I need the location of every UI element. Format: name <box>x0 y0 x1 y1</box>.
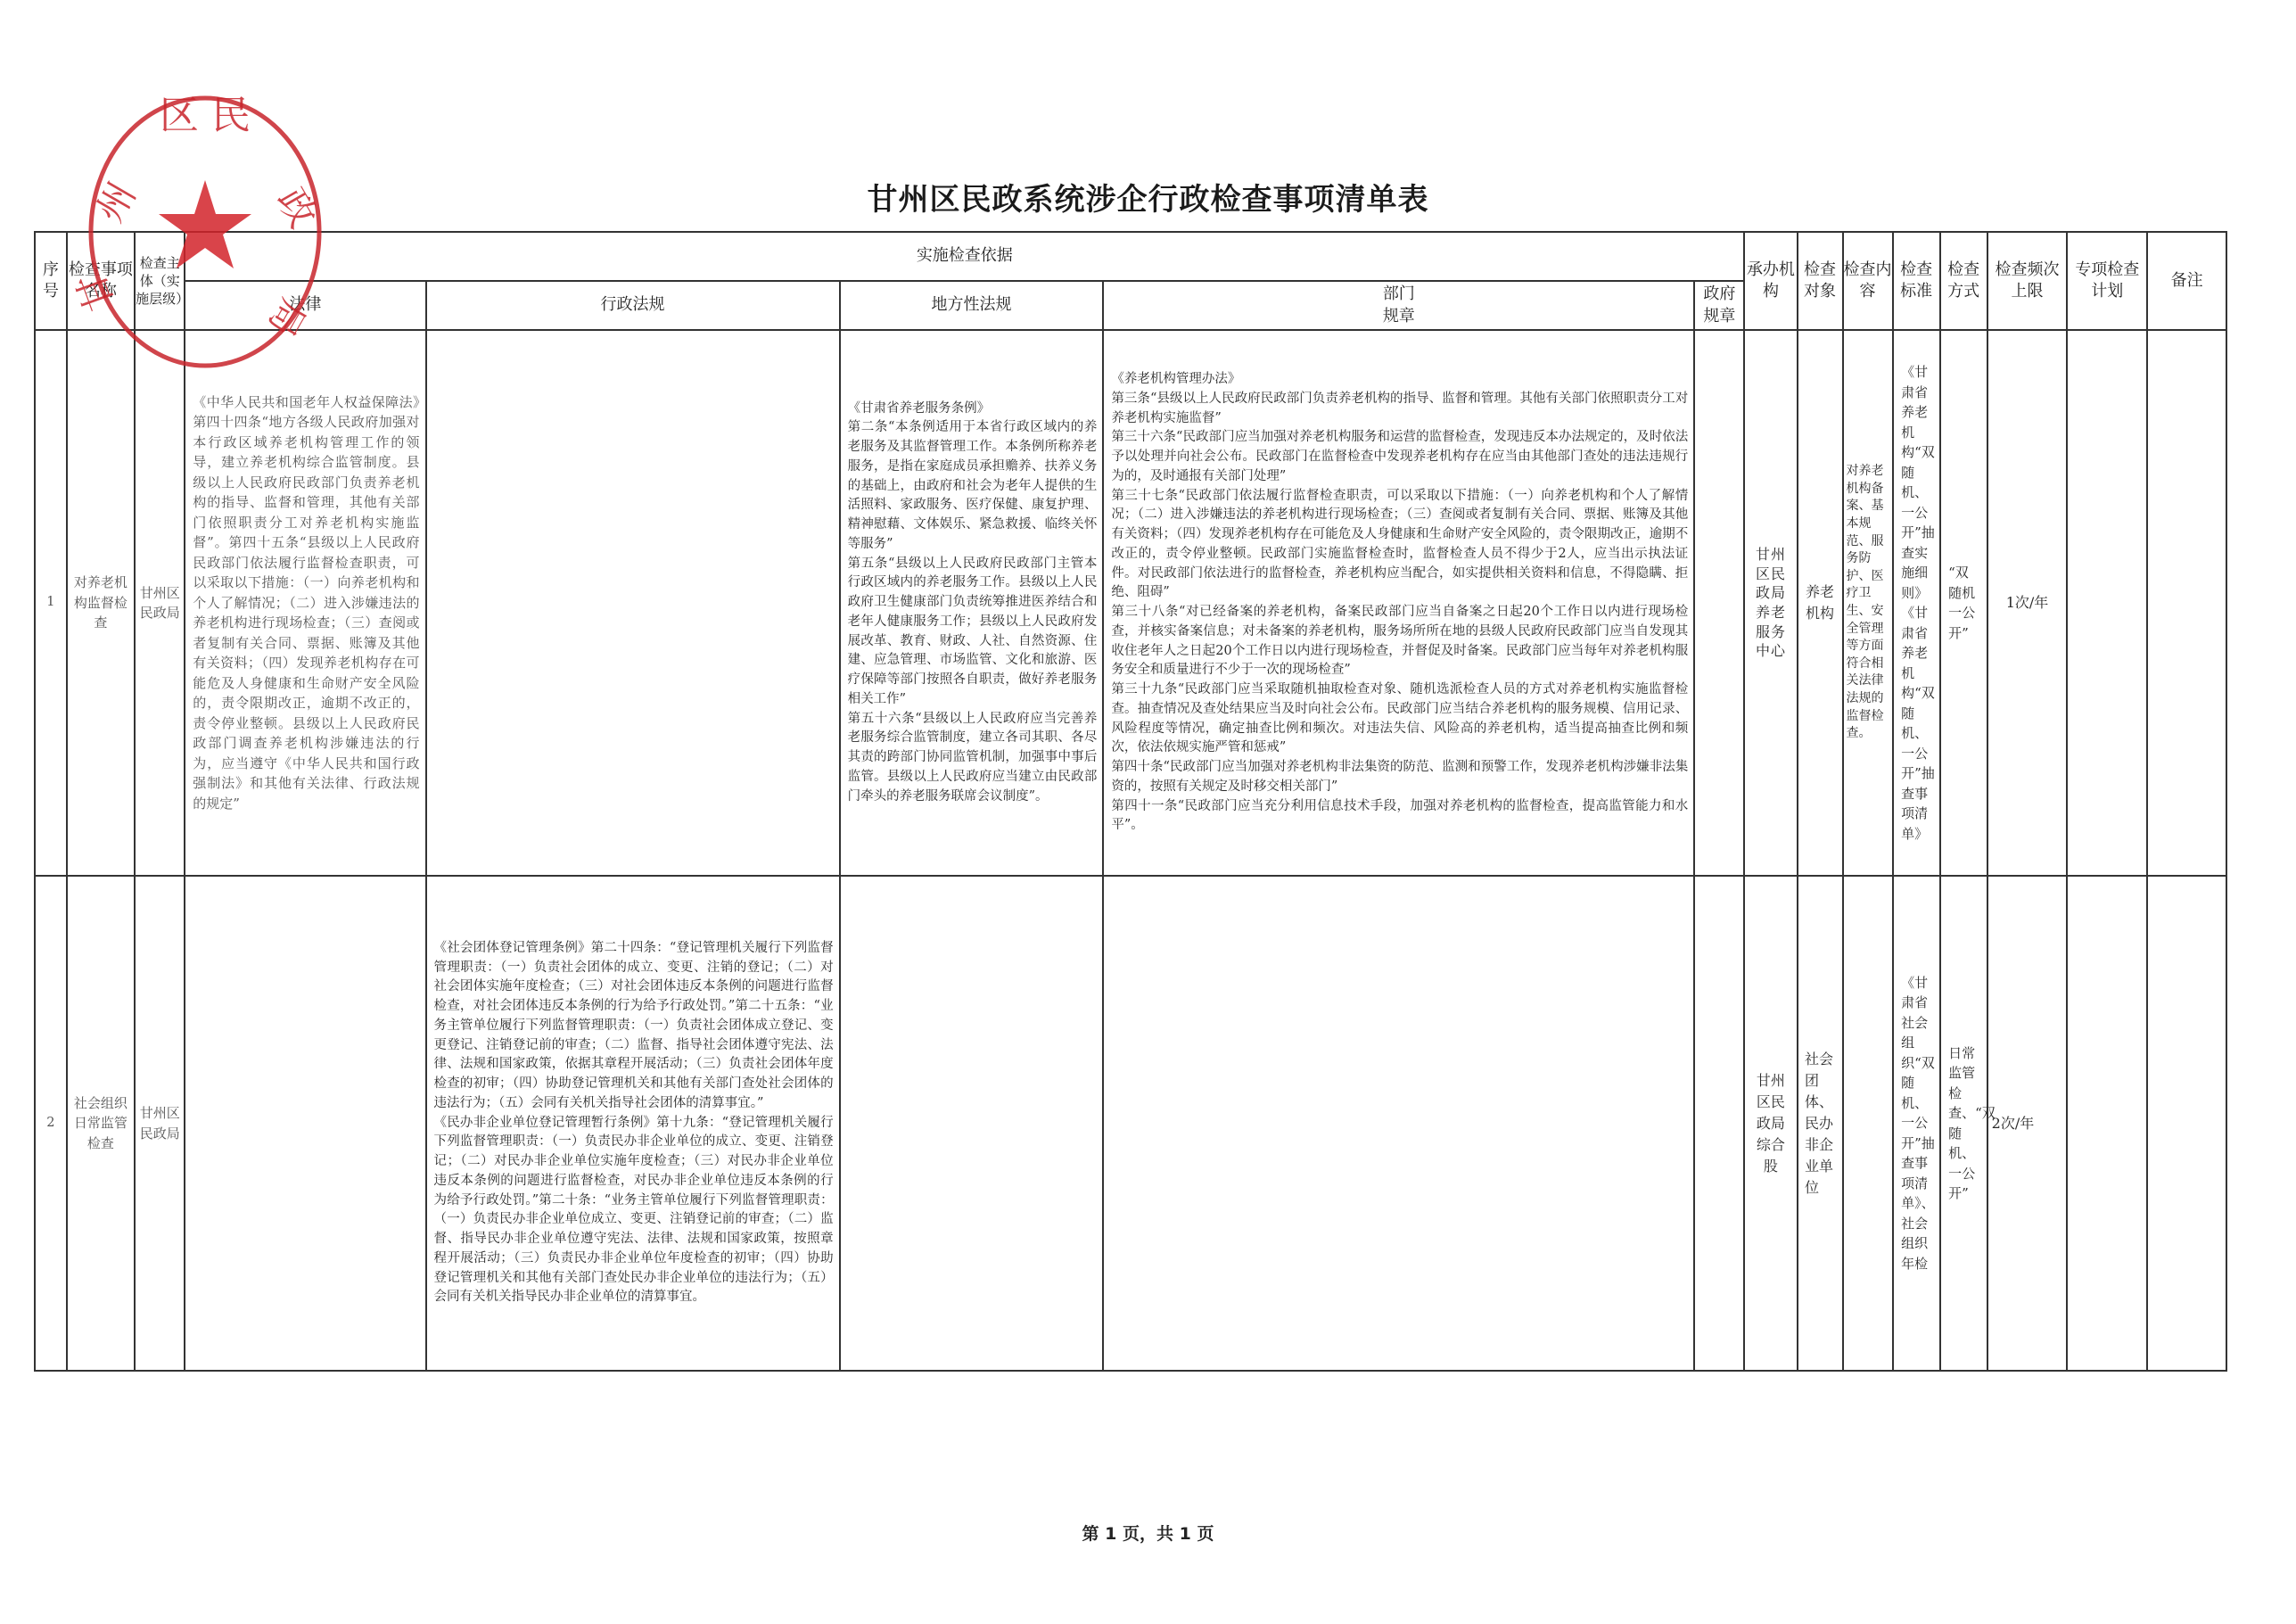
header-special-plan: 专项检查计划 <box>2067 232 2147 330</box>
header-admin-regulation: 行政法规 <box>426 281 840 330</box>
cell-subject: 甘州区民政局 <box>135 330 185 876</box>
header-dept-rule: 部门 规章 <box>1103 281 1694 330</box>
header-law: 法律 <box>185 281 425 330</box>
table-row: 1 对养老机构监督检查 甘州区民政局 《中华人民共和国老年人权益保障法》第四十四… <box>35 330 2226 876</box>
cell-subject: 甘州区民政局 <box>135 876 185 1371</box>
cell-seq: 2 <box>35 876 67 1371</box>
header-object: 检查对象 <box>1798 232 1843 330</box>
cell-gov-rule <box>1694 330 1744 876</box>
document-title: 甘州区民政系统涉企行政检查事项清单表 <box>0 175 2296 218</box>
cell-item-name: 社会组织日常监管检查 <box>67 876 135 1371</box>
cell-admin-regulation <box>426 330 840 876</box>
cell-local-regulation: 《甘肃省养老服务条例》 第二条“本条例适用于本省行政区域内的养老服务及其监督管理… <box>840 330 1104 876</box>
cell-gov-rule <box>1694 876 1744 1371</box>
header-item-name: 检查事项名称 <box>67 232 135 330</box>
cell-standard: 《甘肃省养老机构“双随机、一公开”抽查实施细则》《甘肃省养老机构“双随机、一公开… <box>1901 362 1931 844</box>
header-content: 检查内容 <box>1843 232 1893 330</box>
page-indicator: 第 1 页，共 1 页 <box>0 1521 2296 1545</box>
cell-standard: 《甘肃省社会组织“双随机、一公开”抽查事项清单》、社会组织年检 <box>1901 973 1931 1274</box>
cell-seq: 1 <box>35 330 67 876</box>
cell-dept-rule <box>1103 876 1694 1371</box>
header-local-regulation: 地方性法规 <box>840 281 1104 330</box>
header-frequency: 检查频次上限 <box>1987 232 2068 330</box>
cell-law: 《中华人民共和国老年人权益保障法》第四十四条“地方各级人民政府加强对本行政区域养… <box>185 330 425 876</box>
cell-object: 社会团体、民办非企业单位 <box>1805 1049 1835 1199</box>
cell-remarks <box>2147 876 2226 1371</box>
cell-special-plan <box>2067 876 2147 1371</box>
header-remarks: 备注 <box>2147 232 2226 330</box>
header-row-1: 序号 检查事项名称 检查主体（实施层级） 实施检查依据 承办机构 检查对象 检查… <box>35 232 2226 281</box>
cell-dept-rule: 《养老机构管理办法》 第三条“县级以上人民政府民政部门负责养老机构的指导、监督和… <box>1103 330 1694 876</box>
cell-law <box>185 876 425 1371</box>
cell-special-plan <box>2067 330 2147 876</box>
cell-content: 对养老机构备案、基本规范、服务防护、医疗卫生、安全管理等方面符合相关法律法规的监… <box>1847 463 1889 743</box>
cell-object: 养老机构 <box>1805 581 1835 624</box>
cell-admin-regulation: 《社会团体登记管理条例》第二十四条：“登记管理机关履行下列监督管理职责：（一）负… <box>426 876 840 1371</box>
header-method: 检查方式 <box>1940 232 1987 330</box>
cell-remarks <box>2147 330 2226 876</box>
header-gov-rule: 政府 规章 <box>1694 281 1744 330</box>
header-basis-group: 实施检查依据 <box>185 232 1744 281</box>
cell-frequency: 2次/年 <box>1987 876 2068 1371</box>
seal-char: 区 民 <box>160 93 251 138</box>
cell-local-regulation <box>840 876 1104 1371</box>
inspection-items-table: 序号 检查事项名称 检查主体（实施层级） 实施检查依据 承办机构 检查对象 检查… <box>34 231 2227 1372</box>
header-seq: 序号 <box>35 232 67 330</box>
header-subject: 检查主体（实施层级） <box>135 232 185 330</box>
header-standard: 检查标准 <box>1893 232 1940 330</box>
table-row: 2 社会组织日常监管检查 甘州区民政局 《社会团体登记管理条例》第二十四条：“登… <box>35 876 2226 1371</box>
header-handling-org: 承办机构 <box>1744 232 1797 330</box>
cell-method: “双随机一公开” <box>1948 563 1979 643</box>
cell-content <box>1843 876 1893 1371</box>
cell-handling-org: 甘州区民政局养老服务中心 <box>1756 545 1786 661</box>
cell-method: 日常监管检查、“双随机、一公开” <box>1948 1043 1979 1204</box>
cell-item-name: 对养老机构监督检查 <box>67 330 135 876</box>
cell-handling-org: 甘州区民政局综合股 <box>1756 1070 1786 1177</box>
cell-frequency: 1次/年 <box>1987 330 2068 876</box>
